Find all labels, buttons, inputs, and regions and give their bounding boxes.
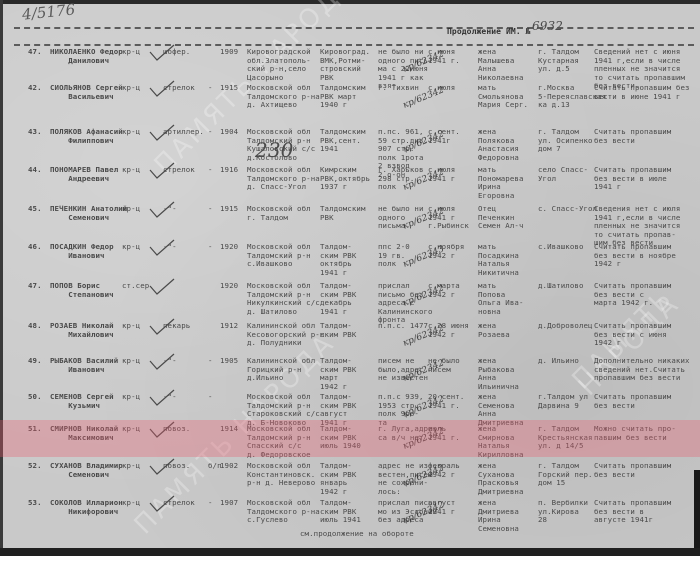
cell-drafted: Талдом- ским РВК xyxy=(320,322,356,339)
check-mark-icon xyxy=(148,421,176,439)
cell-birthplace: Московской обл Талдомский р-н с.Ивашково xyxy=(247,243,311,269)
cell-num: 53. xyxy=(28,499,42,508)
check-mark-icon xyxy=(148,353,176,371)
cell-dash: - xyxy=(208,499,213,508)
cell-drafted: Талдом- ским РВК декабрь 1941 г xyxy=(320,282,356,316)
cell-address: п. Вербилки ул.Кирова 28 xyxy=(538,499,588,525)
cell-dash: - xyxy=(208,128,213,137)
cell-year: 1909 xyxy=(220,48,238,57)
cell-relative: жена Розаева xyxy=(478,322,510,339)
cell-birthplace: Московской обл Константиновск. р-н д. Не… xyxy=(247,462,315,488)
cell-year: 1914 xyxy=(220,425,238,434)
cell-relative: мать Пономарева Ирина Егоровна xyxy=(478,166,524,200)
cell-drafted: Талдом- ским РВК август 1941 г xyxy=(320,393,356,427)
cell-num: 52. xyxy=(28,462,42,471)
cell-year: 1920 xyxy=(220,243,238,252)
cell-num: 44. xyxy=(28,166,42,175)
cell-year: 1912 xyxy=(220,322,238,331)
cell-name: ПЕЧЕНКИН Анатолий Семенович xyxy=(50,205,127,222)
cell-outcome: Считать пропавшим без вести xyxy=(594,128,671,145)
cell-relative: жена Рыбакова Анна Ильинична xyxy=(478,357,519,391)
cell-year: 1916 xyxy=(220,166,238,175)
cell-name: ПОПОВ Борис Степанович xyxy=(50,282,114,299)
cell-rank: кр-ц xyxy=(122,48,140,57)
check-mark-icon xyxy=(148,124,176,142)
cell-birthplace: Калининской обл Кесовогорский р-н д. Пол… xyxy=(247,322,324,348)
cell-birthplace: Московской обл Талдомский р-н Никулкинск… xyxy=(247,282,320,316)
cell-relative: Отец Печенкин Семен Ал-ч xyxy=(478,205,524,231)
cell-rank: кр-ц xyxy=(122,243,140,252)
cell-relative: жена Семенова Анна Дмитриевна xyxy=(478,393,524,427)
cell-birthplace: Московской обл Талдомский р-н Кушаловски… xyxy=(247,128,315,162)
cell-drafted: Талдом- ским РВК март 1942 г xyxy=(320,357,356,391)
cell-outcome: Считать пропавшим без вести в ноябре 194… xyxy=(594,243,676,269)
cell-outcome: Считать пропавшим без вести с июня 1942 … xyxy=(594,322,671,348)
cell-year: 1902 xyxy=(220,462,238,471)
scan-edge-right xyxy=(694,470,700,555)
cell-name: СМИРНОВ Николай Максимович xyxy=(50,425,118,442)
cell-address: г.Талдом ул Дарвина 9 xyxy=(538,393,588,410)
cell-relative: жена Смирнова Наталья Кирилловна xyxy=(478,425,524,459)
cell-num: 43. xyxy=(28,128,42,137)
cell-rank: кр-ц xyxy=(122,322,140,331)
cell-birthplace: Московской обл Талдомского р-на д. Ахтищ… xyxy=(247,84,320,110)
cell-name: ПОНОМАРЕВ Павел Андреевич xyxy=(50,166,118,183)
scan-edge-top xyxy=(0,0,700,4)
cell-outcome: Считать пропавшим без вести xyxy=(594,462,671,479)
cell-year: 1915 xyxy=(220,205,238,214)
cell-num: 48. xyxy=(28,322,42,331)
cell-address: д.Шатилово xyxy=(538,282,584,291)
cell-birthplace: Московской обл Талдомского р-на с.Гуслев… xyxy=(247,499,320,525)
cell-address: с. Спасс-Угол xyxy=(538,205,597,214)
cell-year: 1920 xyxy=(220,282,238,291)
cell-year: 1915 xyxy=(220,84,238,93)
cell-rank: кр-ц xyxy=(122,499,140,508)
cell-dash: - xyxy=(208,84,213,93)
cell-address: г. Талдом Кустарная ул. д.5 xyxy=(538,48,579,74)
cell-name: СЕМЕНОВ Сергей Кузьмич xyxy=(50,393,114,410)
cell-num: 47. xyxy=(28,48,42,57)
cell-dash: - xyxy=(208,393,213,402)
check-mark-icon xyxy=(148,162,176,180)
cell-drafted: Кимрским РВК,октябрь 1937 г xyxy=(320,166,370,192)
cell-drafted: Кировоград. ВМК,Ротми- стровский РВК xyxy=(320,48,370,82)
handwritten-heading-number: 6932 xyxy=(532,22,563,31)
check-mark-icon xyxy=(148,318,176,336)
divider xyxy=(14,27,694,29)
cell-num: 45. xyxy=(28,205,42,214)
cell-dash: - xyxy=(208,205,213,214)
cell-rank: кр-ц xyxy=(122,166,140,175)
cell-birthplace: Московской обл Талдомский р-н Спасский с… xyxy=(247,425,311,459)
cell-drafted: Талдом- ским РВК июль 1940 xyxy=(320,425,361,451)
cell-address: г. Талдом ул. Осипенко дом 7 xyxy=(538,128,593,154)
cell-relative: жена Дмитриева Ирина Семеновна xyxy=(478,499,519,533)
check-mark-icon xyxy=(148,44,176,62)
cell-drafted: Талдом- ским РВК январь 1942 г xyxy=(320,462,356,496)
cell-rank: кр-ц xyxy=(122,425,140,434)
check-mark-icon xyxy=(148,389,176,407)
cell-address: д. Ильино xyxy=(538,357,579,366)
cell-drafted: Талдомским РВК xyxy=(320,205,366,222)
cell-name: СУХАНОВ Владимир Семенович xyxy=(50,462,123,479)
cell-num: 46. xyxy=(28,243,42,252)
cell-drafted: Талдомским РВК март 1940 г xyxy=(320,84,366,110)
cell-address: г. Талдом Крестьянская ул. д 14/5 xyxy=(538,425,593,451)
cell-relative: жена Малышева Анна Николаевна xyxy=(478,48,524,82)
check-mark-icon xyxy=(148,239,176,257)
cell-outcome: Считать пропавшим без вести с марта 1942… xyxy=(594,282,671,308)
archive-number: 4/5176 xyxy=(22,5,76,19)
cell-address: с.Ивашково xyxy=(538,243,584,252)
cell-dash: - xyxy=(208,166,213,175)
cell-name: СОКОЛОВ Илларион Никифорович xyxy=(50,499,123,516)
cell-birthplace: Московской обл г. Талдом xyxy=(247,205,311,222)
cell-rank: кр-ц xyxy=(122,393,140,402)
cell-drafted: Талдом- ским РВК июль 1941 xyxy=(320,499,361,525)
cell-relative: жена Полякова Анастасия Федоровна xyxy=(478,128,519,162)
scan-edge-bottom xyxy=(0,548,700,556)
check-mark-icon xyxy=(148,458,176,476)
cell-year: 1905 xyxy=(220,357,238,366)
cell-num: 49. xyxy=(28,357,42,366)
footer-note: см.продолжение на обороте xyxy=(300,530,414,539)
cell-relative: жена Суханова Прасковья Дмитриевна xyxy=(478,462,524,496)
cell-outcome: Считать пропавшим без вести в июле 1941 … xyxy=(594,166,671,192)
cell-rank: кр-ц xyxy=(122,84,140,93)
check-mark-icon xyxy=(148,495,176,513)
cell-dash: - xyxy=(208,357,213,366)
cell-rank: кр-ц xyxy=(122,357,140,366)
scan-edge-left xyxy=(0,0,3,555)
cell-name: РОЗАЕВ Николай Михайлович xyxy=(50,322,114,339)
cell-drafted: Талдомским РВК,сент. 1941 xyxy=(320,128,366,154)
cell-outcome: Дополнительно никаких сведений нет.Счита… xyxy=(594,357,690,383)
check-mark-icon xyxy=(148,201,176,219)
cell-address: д.Доброволец xyxy=(538,322,593,331)
cell-num: 47. xyxy=(28,282,42,291)
cell-rank: кр-ц xyxy=(122,128,140,137)
cell-birthplace: Московской обл Талдомского р-на д. Спасс… xyxy=(247,166,320,192)
cell-birthplace: Калининской обл Горицкий р-н д.Ильино xyxy=(247,357,315,383)
cell-year: 1907 xyxy=(220,499,238,508)
cell-num: 50. xyxy=(28,393,42,402)
cell-name: НИКОЛАЕНКО Федор Данилович xyxy=(50,48,123,65)
cell-last-info: г. Тихвин xyxy=(378,84,419,93)
cell-year: 1904 xyxy=(220,128,238,137)
cell-dash: - xyxy=(208,243,213,252)
cell-outcome: Считать пропавшим без вести в июне 1941 … xyxy=(594,84,690,101)
check-mark-icon xyxy=(148,80,176,98)
cell-name: РЫБАКОВ Василий Иванович xyxy=(50,357,118,374)
cell-address: село Спасс- Угол xyxy=(538,166,588,183)
cell-last-info: п.п.с. 1477 xyxy=(378,322,428,331)
cell-outcome: Можно считать про- павшим без вести xyxy=(594,425,676,442)
cell-rank: кр-ц xyxy=(122,205,140,214)
cell-outcome: Считать пропавшим без вести в августе 19… xyxy=(594,499,671,525)
cell-outcome: Считать пропавшим без вести xyxy=(594,393,671,410)
cell-address: г. Талдом Горский пер. дом 15 xyxy=(538,462,593,488)
cell-name: ПОЛЯКОВ Афанасий Филиппович xyxy=(50,128,123,145)
page-heading: Продолжение ИМ. № xyxy=(447,28,531,37)
cell-drafted: Талдом- ским РВК октябрь 1941 г xyxy=(320,243,356,277)
cell-name: ПОСАДКИН Федор Иванович xyxy=(50,243,114,260)
check-mark-icon xyxy=(148,278,176,296)
cell-num: 42. xyxy=(28,84,42,93)
cell-relative: мать Посадкина Наталья Никитична xyxy=(478,243,519,277)
divider xyxy=(14,44,694,46)
cell-birthplace: Кировоградской обл.Златополь- ский р-н,с… xyxy=(247,48,311,82)
archival-document-page: ПАМЯТЬ НАРОДА ПАМЯТЬ НАРОДА ПАМЯТЬ НАРОД… xyxy=(0,0,700,555)
cell-relative: мать Смольянова Мария Серг. xyxy=(478,84,528,110)
cell-birthplace: Московской обл Талдомский р-н Староковск… xyxy=(247,393,320,427)
cell-name: СИОЛЬЯНОВ Сергей Васильевич xyxy=(50,84,123,101)
cell-num: 51. xyxy=(28,425,42,434)
cell-relative: мать Попова Ольга Ива- новна xyxy=(478,282,524,316)
cell-rank: кр-ц xyxy=(122,462,140,471)
